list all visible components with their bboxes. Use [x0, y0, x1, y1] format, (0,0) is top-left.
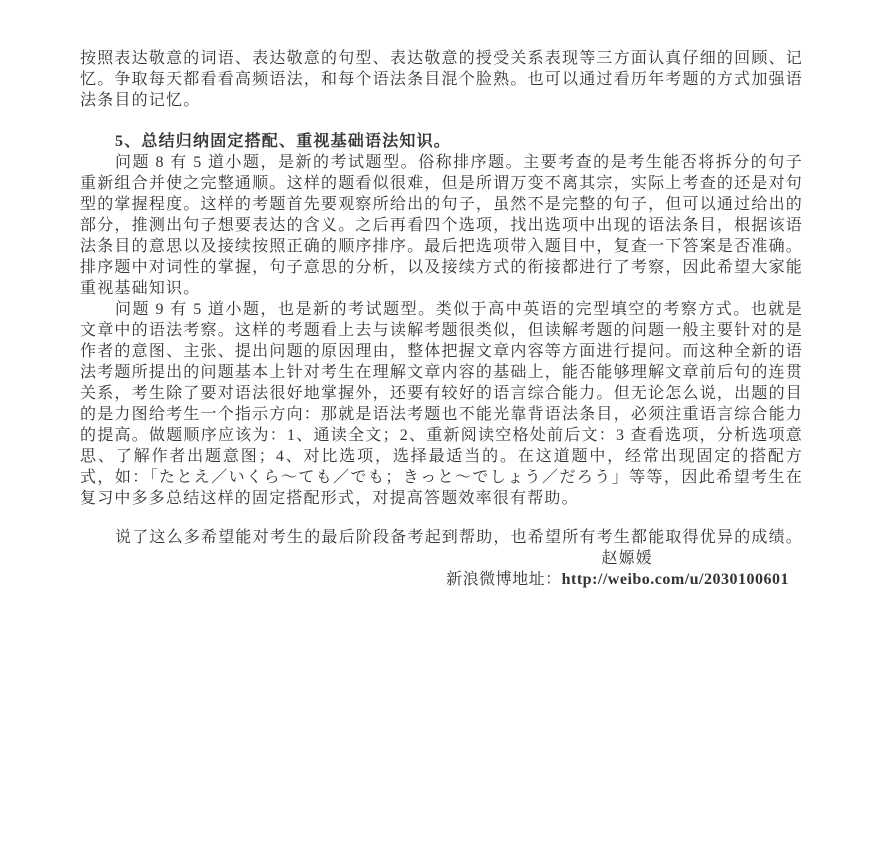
weibo-label: 新浪微博地址：: [446, 571, 562, 588]
weibo-address-line: 新浪微博地址：http://weibo.com/u/2030100601: [80, 569, 803, 590]
paragraph-closing: 说了这么多希望能对考生的最后阶段备考起到帮助，也希望所有考生都能取得优异的成绩。: [80, 527, 803, 548]
document-page: 按照表达敬意的词语、表达敬意的句型、表达敬意的授受关系表现等三方面认真仔细的回顾…: [0, 0, 870, 842]
paragraph-grammar-review: 按照表达敬意的词语、表达敬意的句型、表达敬意的授受关系表现等三方面认真仔细的回顾…: [80, 48, 803, 111]
weibo-url-text: http://weibo.com/u/2030100601: [562, 571, 789, 588]
signature-block: 赵嫄媛 新浪微博地址：http://weibo.com/u/2030100601: [80, 548, 803, 590]
section-heading-5: 5、总结归纳固定搭配、重视基础语法知识。: [80, 131, 803, 152]
paragraph-question9: 问题 9 有 5 道小题，也是新的考试题型。类似于高中英语的完型填空的考察方式。…: [80, 299, 803, 509]
author-name: 赵嫄媛: [80, 548, 803, 569]
paragraph-question8: 问题 8 有 5 道小题，是新的考试题型。俗称排序题。主要考查的是考生能否将拆分…: [80, 152, 803, 299]
